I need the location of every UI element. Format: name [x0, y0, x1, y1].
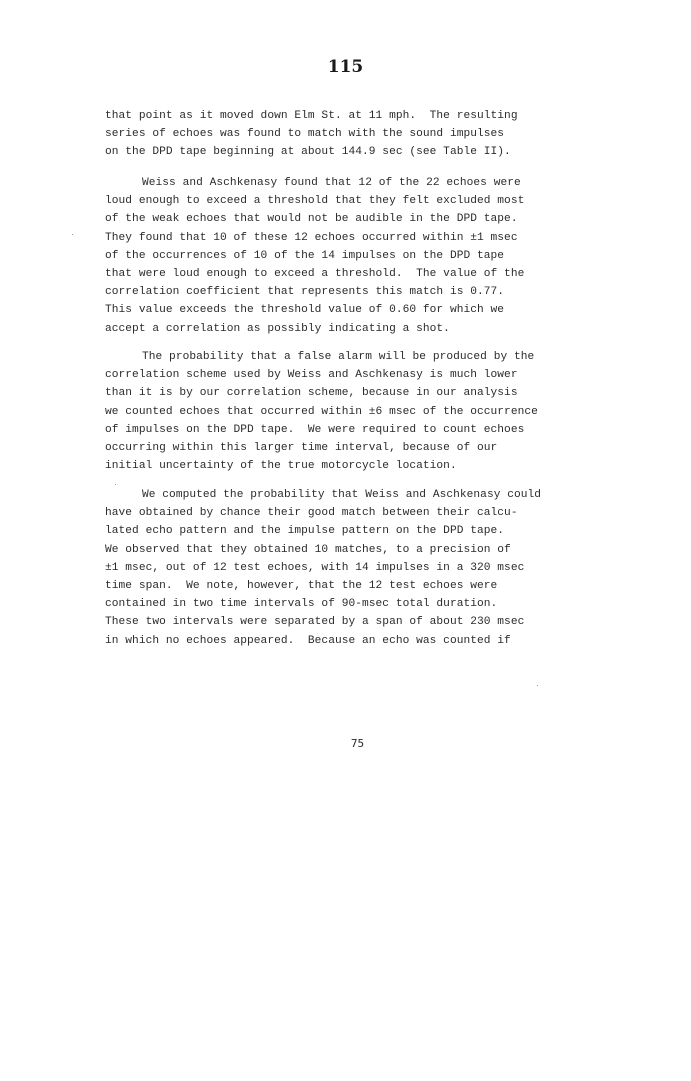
- text-line: ±1 msec, out of 12 test echoes, with 14 …: [105, 559, 541, 577]
- text-line: Weiss and Aschkenasy found that 12 of th…: [105, 174, 524, 192]
- text-line: This value exceeds the threshold value o…: [105, 301, 524, 319]
- scan-speck: [72, 234, 73, 235]
- text-line: than it is by our correlation scheme, be…: [105, 384, 538, 402]
- document-page: 115 that point as it moved down Elm St. …: [0, 0, 691, 1081]
- text-line: time span. We note, however, that the 12…: [105, 577, 541, 595]
- scan-speck: [537, 685, 538, 686]
- text-line: in which no echoes appeared. Because an …: [105, 632, 541, 650]
- text-line: correlation scheme used by Weiss and Asc…: [105, 366, 538, 384]
- text-line: correlation coefficient that represents …: [105, 283, 524, 301]
- paragraph-1: that point as it moved down Elm St. at 1…: [105, 107, 518, 162]
- text-line: of the occurrences of 10 of the 14 impul…: [105, 247, 524, 265]
- paragraph-2: Weiss and Aschkenasy found that 12 of th…: [105, 174, 524, 338]
- text-line: that point as it moved down Elm St. at 1…: [105, 107, 518, 125]
- text-line: contained in two time intervals of 90-ms…: [105, 595, 541, 613]
- text-line: The probability that a false alarm will …: [105, 348, 538, 366]
- footer-page-number: 75: [0, 737, 691, 750]
- text-line: These two intervals were separated by a …: [105, 613, 541, 631]
- text-line: of the weak echoes that would not be aud…: [105, 210, 524, 228]
- scan-speck: [115, 484, 116, 485]
- text-line: on the DPD tape beginning at about 144.9…: [105, 143, 518, 161]
- paragraph-4: We computed the probability that Weiss a…: [105, 486, 541, 650]
- text-line: have obtained by chance their good match…: [105, 504, 541, 522]
- text-line: lated echo pattern and the impulse patte…: [105, 522, 541, 540]
- header-page-number: 115: [0, 57, 691, 77]
- text-line: series of echoes was found to match with…: [105, 125, 518, 143]
- text-line: that were loud enough to exceed a thresh…: [105, 265, 524, 283]
- text-line: of impulses on the DPD tape. We were req…: [105, 421, 538, 439]
- paragraph-3: The probability that a false alarm will …: [105, 348, 538, 475]
- text-line: occurring within this larger time interv…: [105, 439, 538, 457]
- text-line: initial uncertainty of the true motorcyc…: [105, 457, 538, 475]
- text-line: loud enough to exceed a threshold that t…: [105, 192, 524, 210]
- text-line: We computed the probability that Weiss a…: [105, 486, 541, 504]
- text-line: we counted echoes that occurred within ±…: [105, 403, 538, 421]
- text-line: accept a correlation as possibly indicat…: [105, 320, 524, 338]
- text-line: They found that 10 of these 12 echoes oc…: [105, 229, 524, 247]
- text-line: We observed that they obtained 10 matche…: [105, 541, 541, 559]
